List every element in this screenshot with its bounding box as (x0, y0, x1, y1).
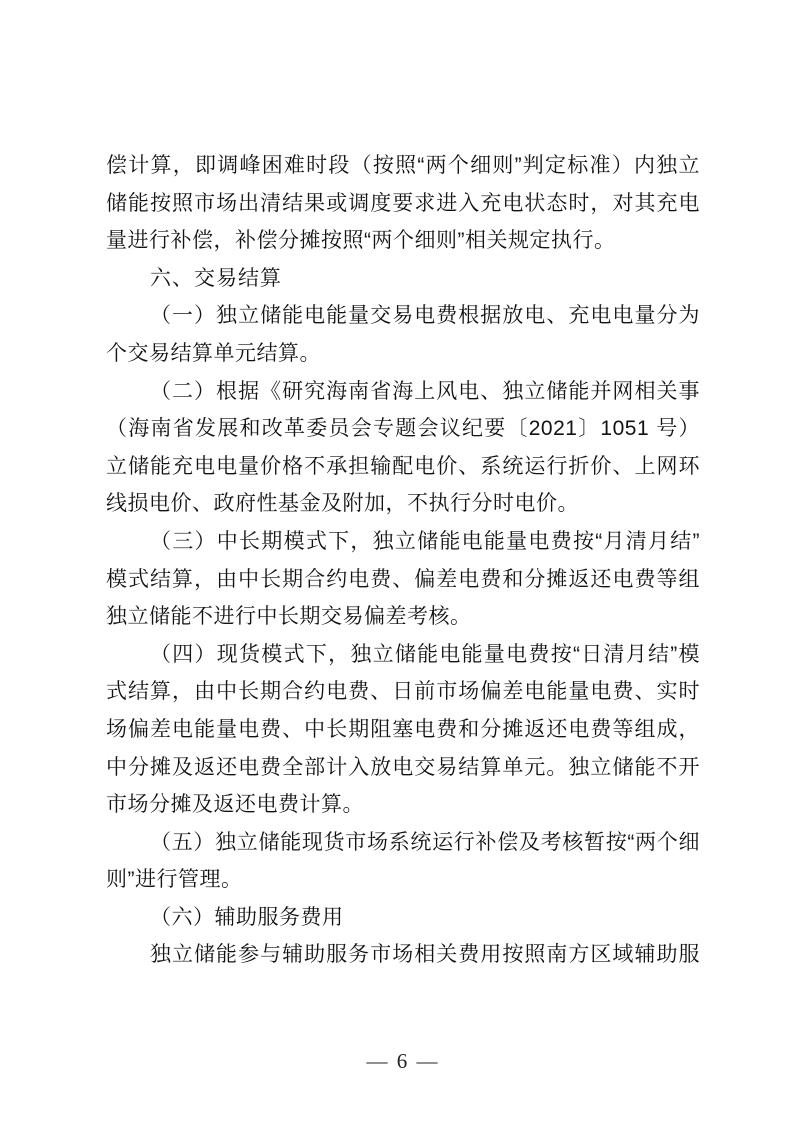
text-line: （四）现货模式下，独立储能电能量电费按“日清月结”模 (106, 636, 700, 674)
text-line: 独立储能不进行中长期交易偏差考核。 (106, 598, 700, 636)
text-line: （五）独立储能现货市场系统运行补偿及考核暂按“两个细 (106, 824, 700, 862)
text-line: 市场分摊及返还电费计算。 (106, 786, 700, 824)
document-body: 偿计算，即调峰困难时段（按照“两个细则”判定标准）内独立 储能按照市场出清结果或… (106, 147, 700, 974)
text-line: 中分摊及返还电费全部计入放电交易结算单元。独立储能不开展 (106, 749, 700, 787)
text-line: （二）根据《研究海南省海上风电、独立储能并网相关事项》 (106, 373, 700, 411)
document-page: 偿计算，即调峰困难时段（按照“两个细则”判定标准）内独立 储能按照市场出清结果或… (0, 0, 800, 1131)
text-line: 储能按照市场出清结果或调度要求进入充电状态时，对其充电电 (106, 185, 700, 223)
text-line: 立储能充电电量价格不承担输配电价、系统运行折价、上网环节 (106, 448, 700, 486)
text-line: 式结算，由中长期合约电费、日前市场偏差电能量电费、实时市 (106, 673, 700, 711)
text-line: 个交易结算单元结算。 (106, 335, 700, 373)
text-line: 场偏差电能量电费、中长期阻塞电费和分摊返还电费等组成，其 (106, 711, 700, 749)
text-line: （一）独立储能电能量交易电费根据放电、充电电量分为两 (106, 297, 700, 335)
text-line: 则”进行管理。 (106, 861, 700, 899)
text-line: 量进行补偿，补偿分摊按照“两个细则”相关规定执行。 (106, 222, 700, 260)
text-line: 模式结算，由中长期合约电费、偏差电费和分摊返还电费等组成。 (106, 561, 700, 599)
section-heading: 六、交易结算 (106, 260, 700, 298)
text-line: 独立储能参与辅助服务市场相关费用按照南方区域辅助服 (106, 936, 700, 974)
text-line: 偿计算，即调峰困难时段（按照“两个细则”判定标准）内独立 (106, 147, 700, 185)
text-line: （六）辅助服务费用 (106, 899, 700, 937)
text-line: 线损电价、政府性基金及附加，不执行分时电价。 (106, 485, 700, 523)
text-line: （海南省发展和改革委员会专题会议纪要〔2021〕1051 号）独 (106, 410, 700, 448)
text-line: （三）中长期模式下，独立储能电能量电费按“月清月结” (106, 523, 700, 561)
page-number: — 6 — (106, 1046, 700, 1076)
